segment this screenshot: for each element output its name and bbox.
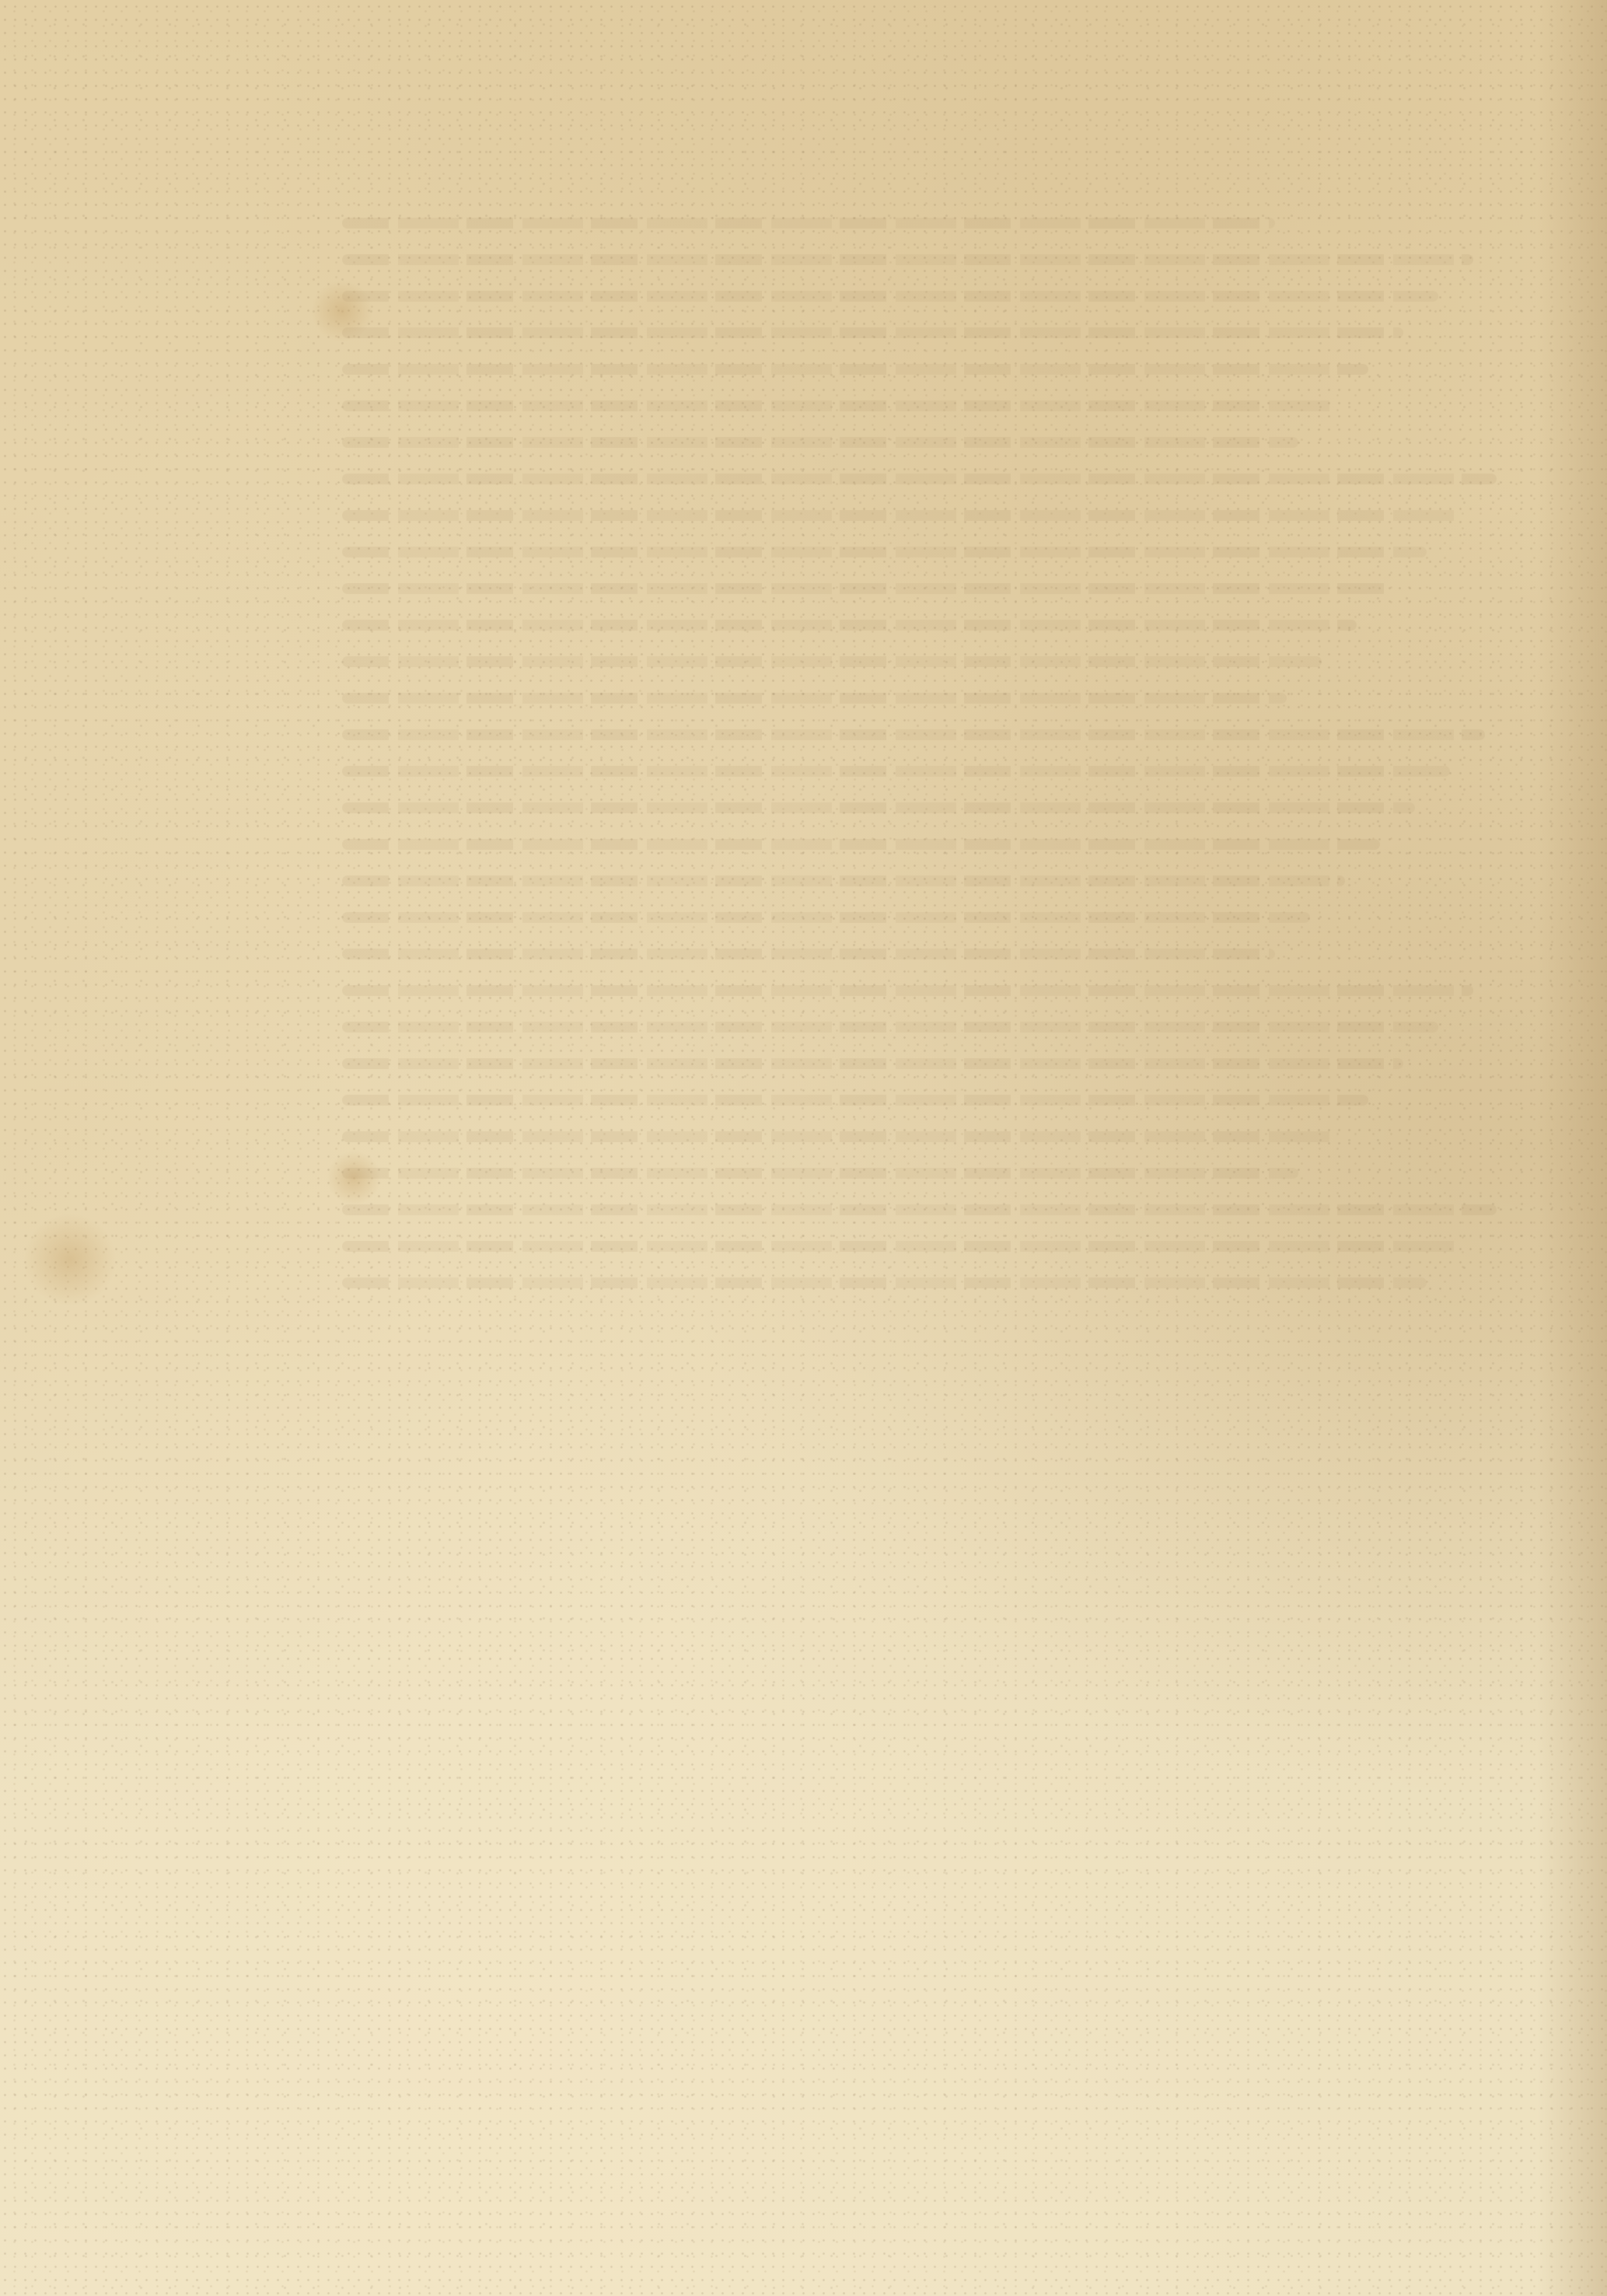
foxing-spot (23, 1213, 117, 1306)
show-through-line (342, 1241, 1462, 1252)
show-through-line (342, 1058, 1403, 1069)
show-through-line (342, 656, 1322, 667)
show-through-line (342, 1277, 1427, 1288)
show-through-line (342, 875, 1345, 886)
show-through-line (342, 1022, 1438, 1033)
show-through-line (342, 437, 1298, 448)
show-through-line (342, 1168, 1298, 1179)
show-through-line (342, 218, 1275, 229)
show-through-line (342, 327, 1403, 338)
show-through-line (342, 985, 1473, 996)
show-through-line (342, 364, 1368, 375)
show-through-text (342, 218, 1508, 2123)
show-through-line (342, 254, 1473, 265)
show-through-line (342, 620, 1357, 631)
page-edge-shadow (1537, 0, 1607, 2296)
show-through-line (342, 802, 1415, 813)
scanned-page (0, 0, 1607, 2296)
show-through-line (342, 949, 1275, 959)
show-through-line (342, 400, 1333, 411)
show-through-line (342, 510, 1462, 521)
show-through-line (342, 1131, 1333, 1142)
show-through-line (342, 291, 1438, 302)
show-through-line (342, 474, 1497, 484)
show-through-line (342, 729, 1485, 740)
show-through-line (342, 583, 1392, 594)
show-through-line (342, 912, 1310, 923)
show-through-line (342, 839, 1380, 850)
show-through-line (342, 693, 1287, 704)
show-through-line (342, 547, 1427, 557)
show-through-line (342, 1095, 1368, 1106)
show-through-line (342, 1204, 1497, 1215)
show-through-line (342, 766, 1450, 777)
